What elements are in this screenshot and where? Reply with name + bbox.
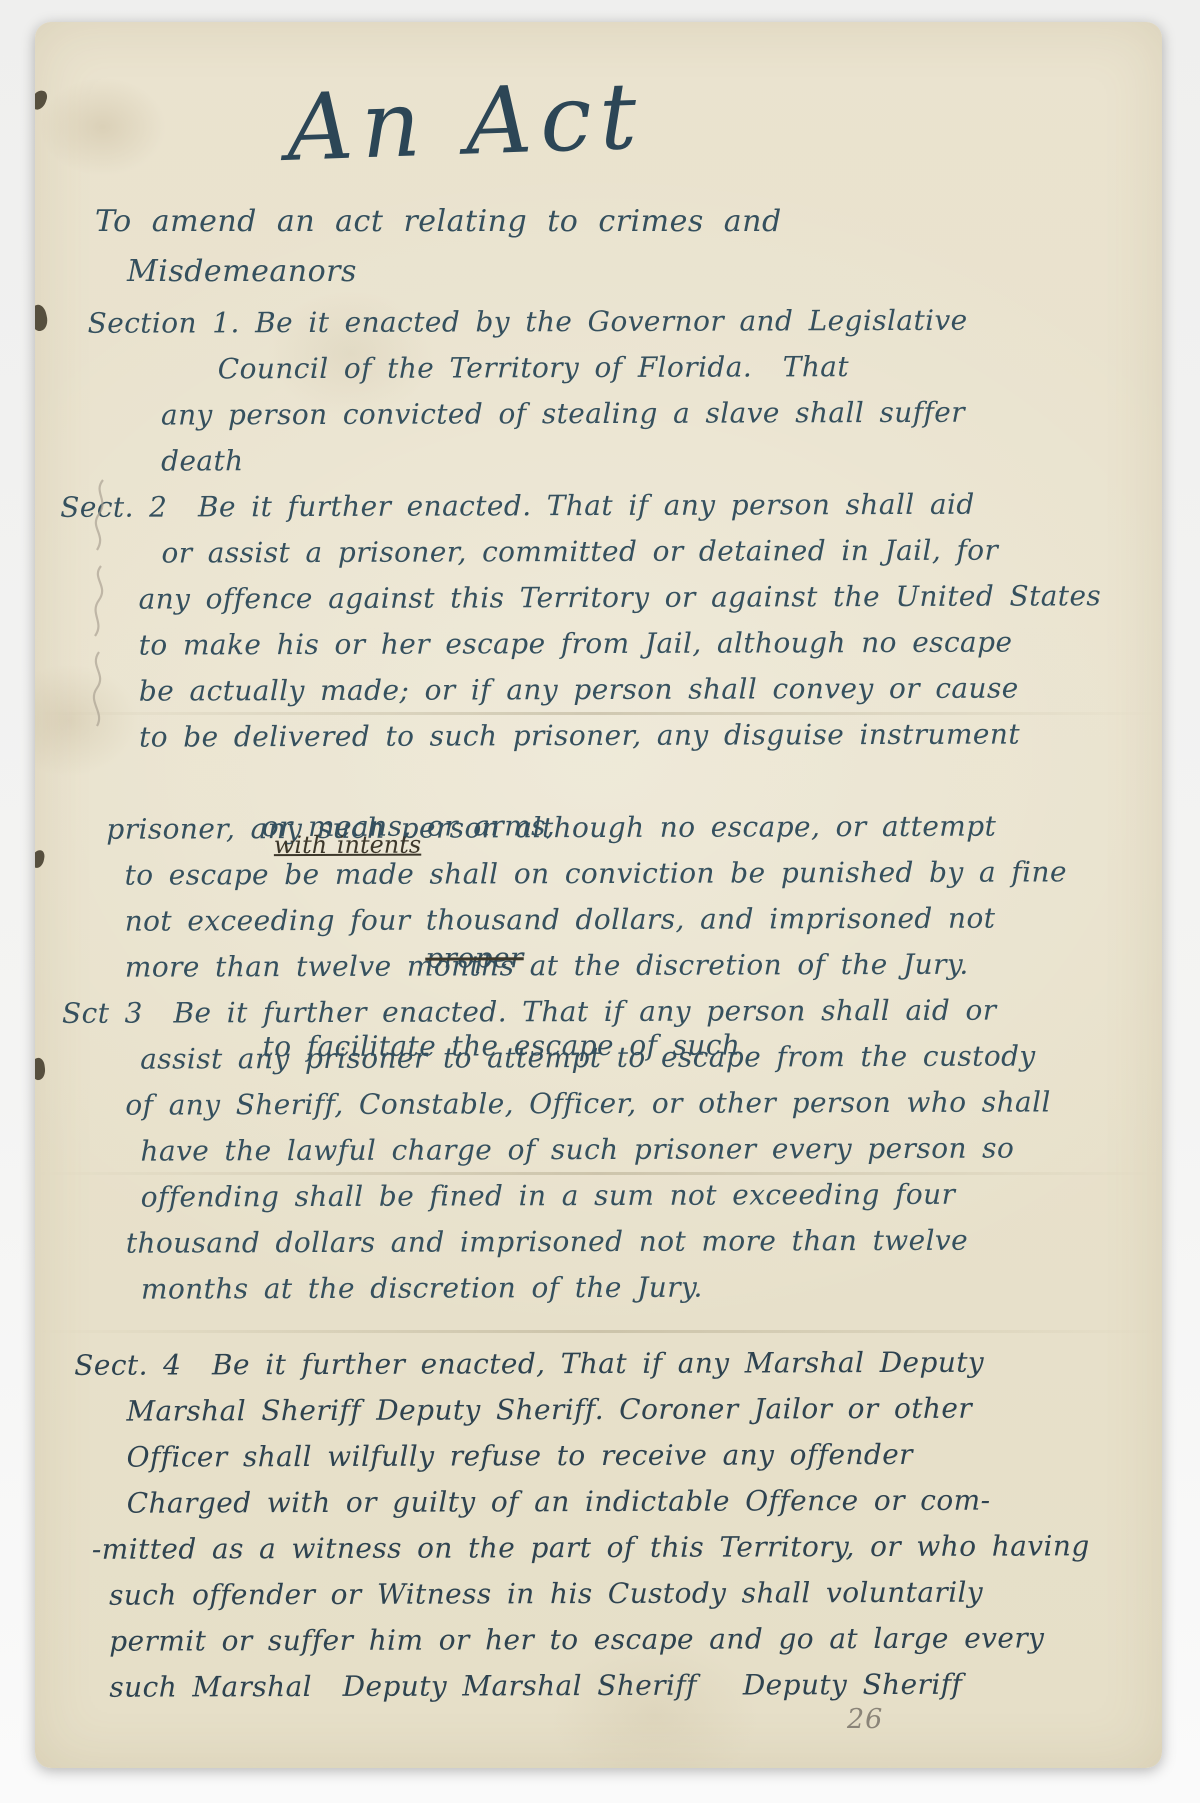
manuscript-line: death	[161, 436, 1160, 485]
section-2: Sect. 2 Be it further enacted. That if a…	[35, 482, 1162, 992]
manuscript-line: permit or suffer him or her to escape an…	[109, 1616, 1162, 1666]
crease-line	[35, 712, 1162, 715]
manuscript-body: Section 1. Be it enacted by the Governor…	[35, 298, 1162, 1712]
manuscript-line: -mitted as a witness on the part of this…	[92, 1524, 1162, 1574]
crease-line	[35, 1330, 1162, 1333]
manuscript-line: such offender or Witness in his Custody …	[109, 1570, 1162, 1620]
manuscript-line: Council of the Territory of Florida. Tha…	[218, 344, 1160, 393]
section-gap	[36, 1310, 1162, 1344]
inline-correction: with intents proper	[272, 848, 524, 1025]
manuscript-line: months at the discretion of the Jury.	[141, 1264, 1162, 1314]
pencil-scribble	[75, 474, 121, 734]
manuscript-line: Sect. 2 Be it further enacted. That if a…	[60, 482, 1160, 532]
manuscript-paper: An Act To amend an act relating to crime…	[35, 22, 1162, 1768]
manuscript-line: Section 1. Be it enacted by the Governor…	[88, 298, 1160, 348]
manuscript-line: thousand dollars and imprisoned not more…	[126, 1218, 1162, 1268]
manuscript-line-with-edit: or means, or arms, with intents proper t…	[139, 758, 1161, 808]
subtitle-line: Misdemeanors	[127, 250, 782, 300]
manuscript-line: to make his or her escape from Jail, alt…	[139, 620, 1161, 670]
manuscript-line: Sct 3 Be it further enacted. That if any…	[62, 988, 1162, 1038]
document-title: An Act	[35, 44, 1162, 190]
manuscript-line: any person convicted of stealing a slave…	[161, 390, 1160, 439]
manuscript-line: prisoner, any such person although no es…	[106, 804, 1161, 854]
manuscript-line: have the lawful charge of such prisoner …	[140, 1126, 1162, 1176]
manuscript-line: Officer shall wilfully refuse to receive…	[127, 1432, 1162, 1482]
section-3: Sct 3 Be it further enacted. That if any…	[35, 988, 1162, 1314]
manuscript-line: such Marshal Deputy Marshal Sheriff Depu…	[109, 1662, 1162, 1712]
manuscript-line: assist any prisoner to attempt to escape…	[140, 1034, 1162, 1084]
struck-word: proper	[425, 941, 524, 974]
section-4: Sect. 4 Be it further enacted, That if a…	[36, 1340, 1162, 1712]
manuscript-line: to be delivered to such prisoner, any di…	[139, 712, 1161, 762]
crease-line	[35, 1172, 1162, 1175]
manuscript-line: of any Sheriff, Constable, Officer, or o…	[125, 1080, 1162, 1130]
manuscript-line: offending shall be fined in a sum not ex…	[141, 1172, 1162, 1222]
manuscript-line: Charged with or guilty of an indictable …	[127, 1478, 1162, 1528]
manuscript-line: any offence against this Territory or ag…	[139, 574, 1161, 624]
document-subtitle: To amend an act relating to crimes and M…	[95, 200, 782, 300]
manuscript-line: be actually made; or if any person shall…	[139, 666, 1161, 716]
manuscript-line: or assist a prisoner, committed or detai…	[161, 528, 1160, 577]
scan-background: { "document": { "title": "An Act", "subt…	[0, 0, 1200, 1803]
inserted-word: with intents	[274, 823, 422, 868]
subtitle-line: To amend an act relating to crimes and	[95, 200, 782, 250]
page-number: 26	[847, 1704, 883, 1735]
manuscript-line: Sect. 4 Be it further enacted, That if a…	[74, 1340, 1162, 1390]
manuscript-line: Marshal Sheriff Deputy Sheriff. Coroner …	[126, 1386, 1162, 1436]
section-1: Section 1. Be it enacted by the Governor…	[35, 298, 1160, 486]
